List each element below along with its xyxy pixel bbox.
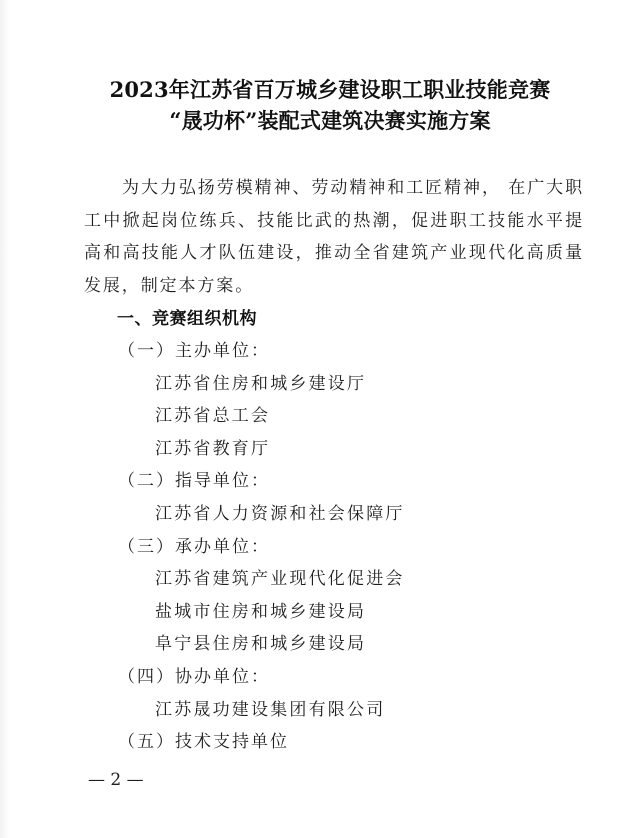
org-item: 盐城市住房和城乡建设局 (118, 596, 405, 629)
org-group-label: （五）技术支持单位 (118, 726, 405, 759)
org-item: 江苏晟功建设集团有限公司 (118, 694, 405, 727)
title-line-1: 2023年江苏省百万城乡建设职工职业技能竞赛 (0, 74, 639, 105)
org-item: 阜宁县住房和城乡建设局 (118, 628, 405, 661)
org-group-organizer: （三）承办单位： 江苏省建筑产业现代化促进会 盐城市住房和城乡建设局 阜宁县住房… (118, 531, 405, 661)
section-heading-organization: 一、竞赛组织机构 (117, 303, 257, 335)
org-item: 江苏省教育厅 (118, 433, 405, 466)
org-group-co-organizer: （四）协办单位： 江苏晟功建设集团有限公司 (118, 661, 405, 726)
org-item: 江苏省人力资源和社会保障厅 (118, 498, 405, 531)
title-line-2: “晟功杯”装配式建筑决赛实施方案 (0, 105, 639, 136)
org-item: 江苏省总工会 (118, 400, 405, 433)
document-title: 2023年江苏省百万城乡建设职工职业技能竞赛 “晟功杯”装配式建筑决赛实施方案 (0, 74, 639, 136)
org-group-host: （一）主办单位： 江苏省住房和城乡建设厅 江苏省总工会 江苏省教育厅 (118, 335, 405, 465)
page-number: — 2 — (88, 766, 144, 794)
org-item: 江苏省住房和城乡建设厅 (118, 368, 405, 401)
org-group-label: （二）指导单位： (118, 465, 405, 498)
org-group-label: （四）协办单位： (118, 661, 405, 694)
org-group-label: （一）主办单位： (118, 335, 405, 368)
org-group-guide: （二）指导单位： 江苏省人力资源和社会保障厅 (118, 465, 405, 530)
intro-paragraph: 为大力弘扬劳模精神、劳动精神和工匠精神， 在广大职工中掀起岗位练兵、技能比武的热… (84, 172, 584, 303)
org-item: 江苏省建筑产业现代化促进会 (118, 563, 405, 596)
org-group-tech-support: （五）技术支持单位 (118, 726, 405, 759)
org-group-label: （三）承办单位： (118, 531, 405, 564)
organization-list: （一）主办单位： 江苏省住房和城乡建设厅 江苏省总工会 江苏省教育厅 （二）指导… (118, 335, 405, 759)
